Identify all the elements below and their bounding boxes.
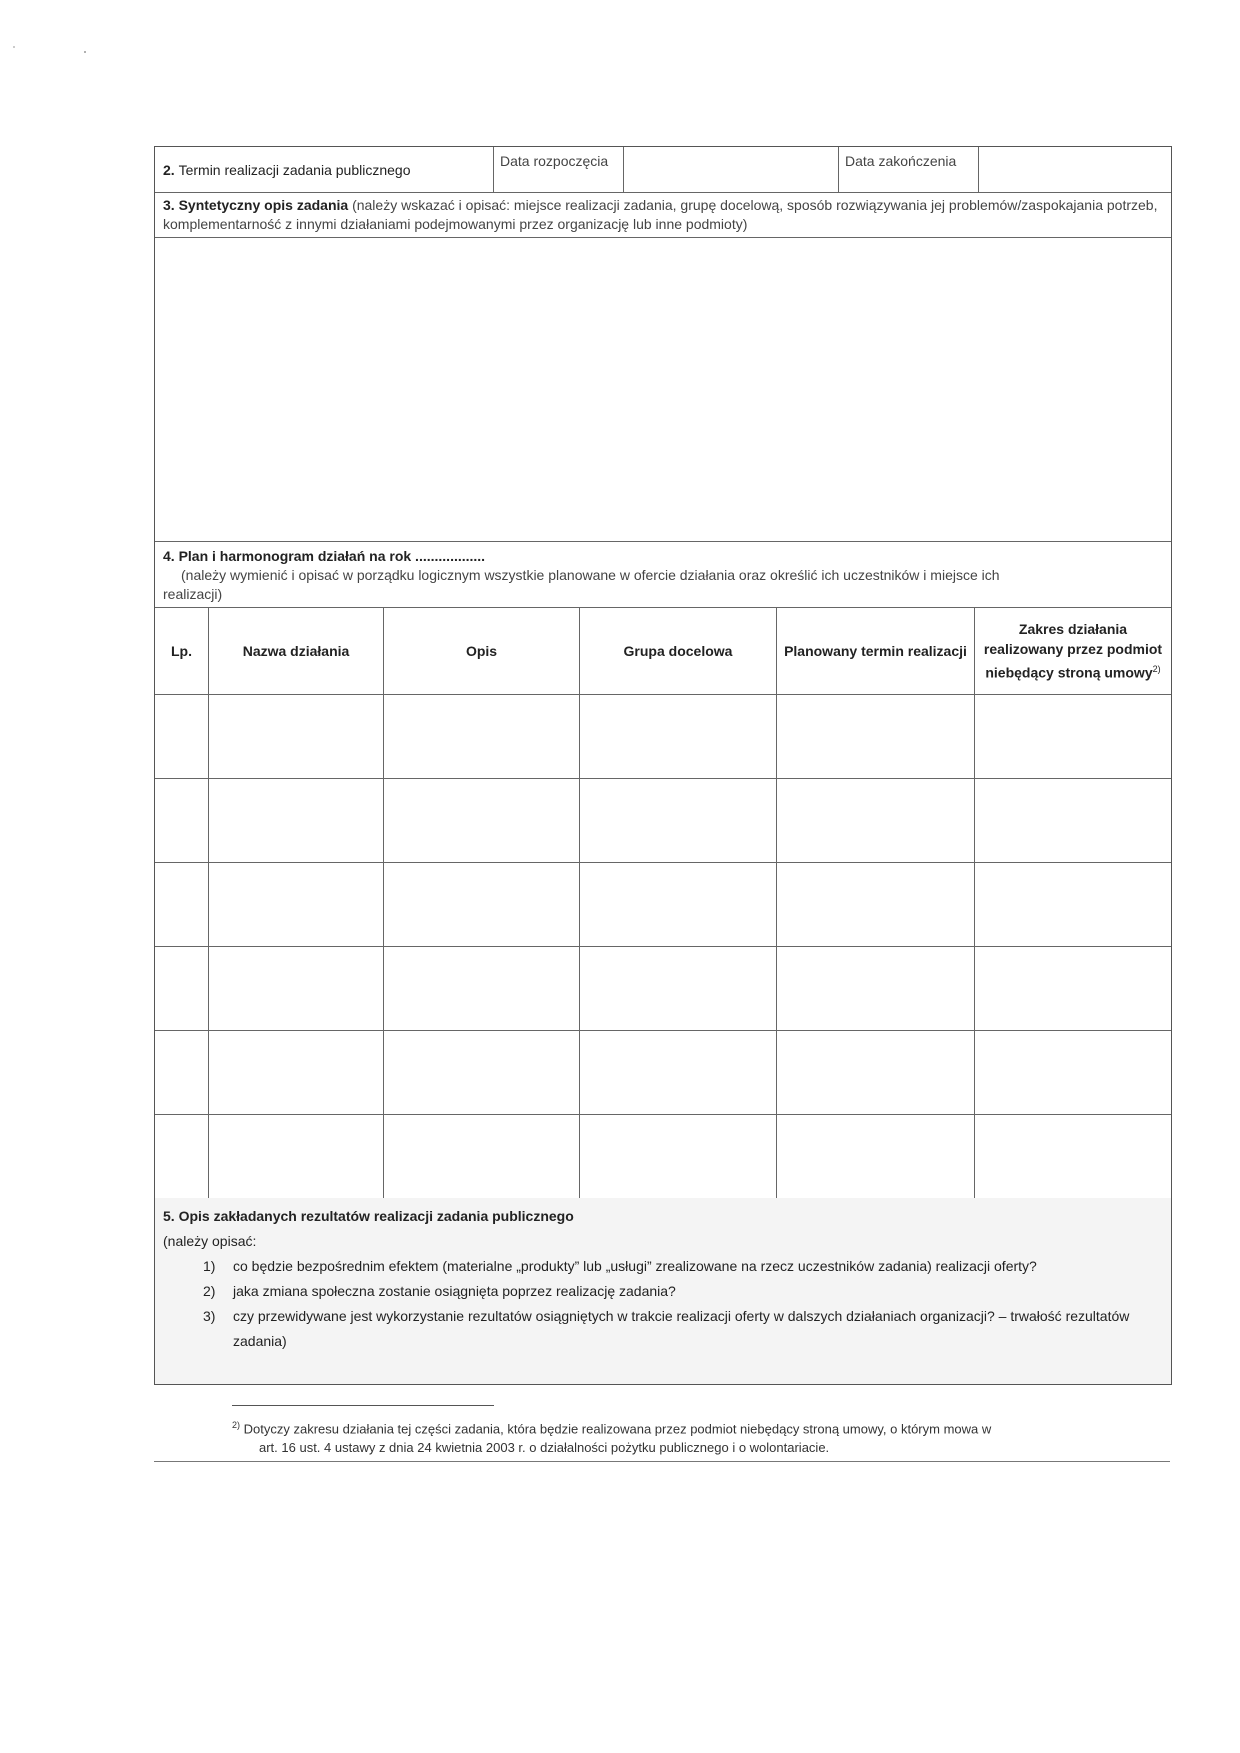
footnote: 2) Dotyczy zakresu działania tej części … [232,1416,1152,1457]
cell-planned-term[interactable] [777,947,975,1030]
schedule-table-body [155,695,1171,1198]
section-3-body [155,238,1171,542]
footnote-ref: 2) [1153,664,1161,674]
cell-description[interactable] [384,1115,580,1198]
question-item: 3)czy przewidywane jest wykorzystanie re… [203,1304,1163,1354]
cell-action-name[interactable] [209,779,384,862]
column-header-lp: Lp. [155,608,209,694]
section-4-header: 4. Plan i harmonogram działań na rok ...… [155,542,1171,608]
scan-speck [84,51,86,53]
scan-speck [13,46,15,48]
footnote-marker: 2) [232,1420,240,1430]
column-header-target-group: Grupa docelowa [580,608,777,694]
section-4-title: 4. Plan i harmonogram działań na rok ...… [163,547,1163,566]
cell-planned-term[interactable] [777,695,975,778]
cell-target-group[interactable] [580,863,777,946]
cell-lp[interactable] [155,947,209,1030]
cell-action-name[interactable] [209,863,384,946]
cell-scope[interactable] [975,779,1171,862]
table-row [155,1031,1171,1115]
cell-target-group[interactable] [580,779,777,862]
table-row [155,947,1171,1031]
section-2-label: 2. Termin realizacji zadania publicznego [155,147,494,192]
column-header-action-name: Nazwa działania [209,608,384,694]
task-description-field[interactable] [155,238,1171,541]
cell-action-name[interactable] [209,947,384,1030]
cell-planned-term[interactable] [777,1115,975,1198]
question-item: 2)jaka zmiana społeczna zostanie osiągni… [203,1279,1163,1304]
section-2-title: Termin realizacji zadania publicznego [179,162,411,178]
start-date-label: Data rozpoczęcia [494,147,624,192]
cell-planned-term[interactable] [777,1031,975,1114]
cell-lp[interactable] [155,863,209,946]
footnote-text: Dotyczy zakresu działania tej części zad… [244,1421,992,1436]
section-3-header: 3. Syntetyczny opis zadania (należy wska… [155,193,1171,238]
section-5-questions: 1)co będzie bezpośrednim efektem (materi… [163,1254,1163,1354]
cell-planned-term[interactable] [777,863,975,946]
cell-lp[interactable] [155,1115,209,1198]
cell-lp[interactable] [155,779,209,862]
cell-target-group[interactable] [580,947,777,1030]
footnote-text-cont: art. 16 ust. 4 ustawy z dnia 24 kwietnia… [232,1438,1152,1457]
cell-scope[interactable] [975,695,1171,778]
column-header-scope: Zakres działania realizowany przez podmi… [975,608,1171,694]
cell-description[interactable] [384,695,580,778]
end-date-field[interactable] [979,147,1171,192]
table-row [155,863,1171,947]
column-header-description: Opis [384,608,580,694]
question-item: 1)co będzie bezpośrednim efektem (materi… [203,1254,1163,1279]
cell-action-name[interactable] [209,695,384,778]
section-2-term: 2. Termin realizacji zadania publicznego… [155,147,1171,193]
footnote-separator [232,1405,494,1406]
cell-action-name[interactable] [209,1115,384,1198]
cell-scope[interactable] [975,1115,1171,1198]
end-date-label: Data zakończenia [839,147,979,192]
cell-description[interactable] [384,863,580,946]
cell-target-group[interactable] [580,1115,777,1198]
cell-planned-term[interactable] [777,779,975,862]
cell-description[interactable] [384,1031,580,1114]
section-4-instructions-cont: realizacji) [163,585,1163,604]
section-4-instructions: (należy wymienić i opisać w porządku log… [163,566,1163,585]
table-row [155,779,1171,863]
table-row [155,1115,1171,1198]
cell-target-group[interactable] [580,695,777,778]
offer-form: 2. Termin realizacji zadania publicznego… [154,146,1172,1385]
page-bottom-rule [154,1461,1170,1462]
cell-scope[interactable] [975,1031,1171,1114]
cell-target-group[interactable] [580,1031,777,1114]
cell-description[interactable] [384,779,580,862]
cell-scope[interactable] [975,947,1171,1030]
section-5-title: 5. Opis zakładanych rezultatów realizacj… [163,1204,1163,1229]
cell-lp[interactable] [155,1031,209,1114]
cell-scope[interactable] [975,863,1171,946]
section-3-title: 3. Syntetyczny opis zadania [163,197,348,213]
section-5-results: 5. Opis zakładanych rezultatów realizacj… [155,1198,1171,1384]
table-row [155,695,1171,779]
schedule-table-header: Lp. Nazwa działania Opis Grupa docelowa … [155,608,1171,695]
section-5-intro: (należy opisać: [163,1229,1163,1254]
column-header-planned-term: Planowany termin realizacji [777,608,975,694]
cell-action-name[interactable] [209,1031,384,1114]
section-number: 2. [163,162,175,178]
cell-description[interactable] [384,947,580,1030]
start-date-field[interactable] [624,147,839,192]
cell-lp[interactable] [155,695,209,778]
